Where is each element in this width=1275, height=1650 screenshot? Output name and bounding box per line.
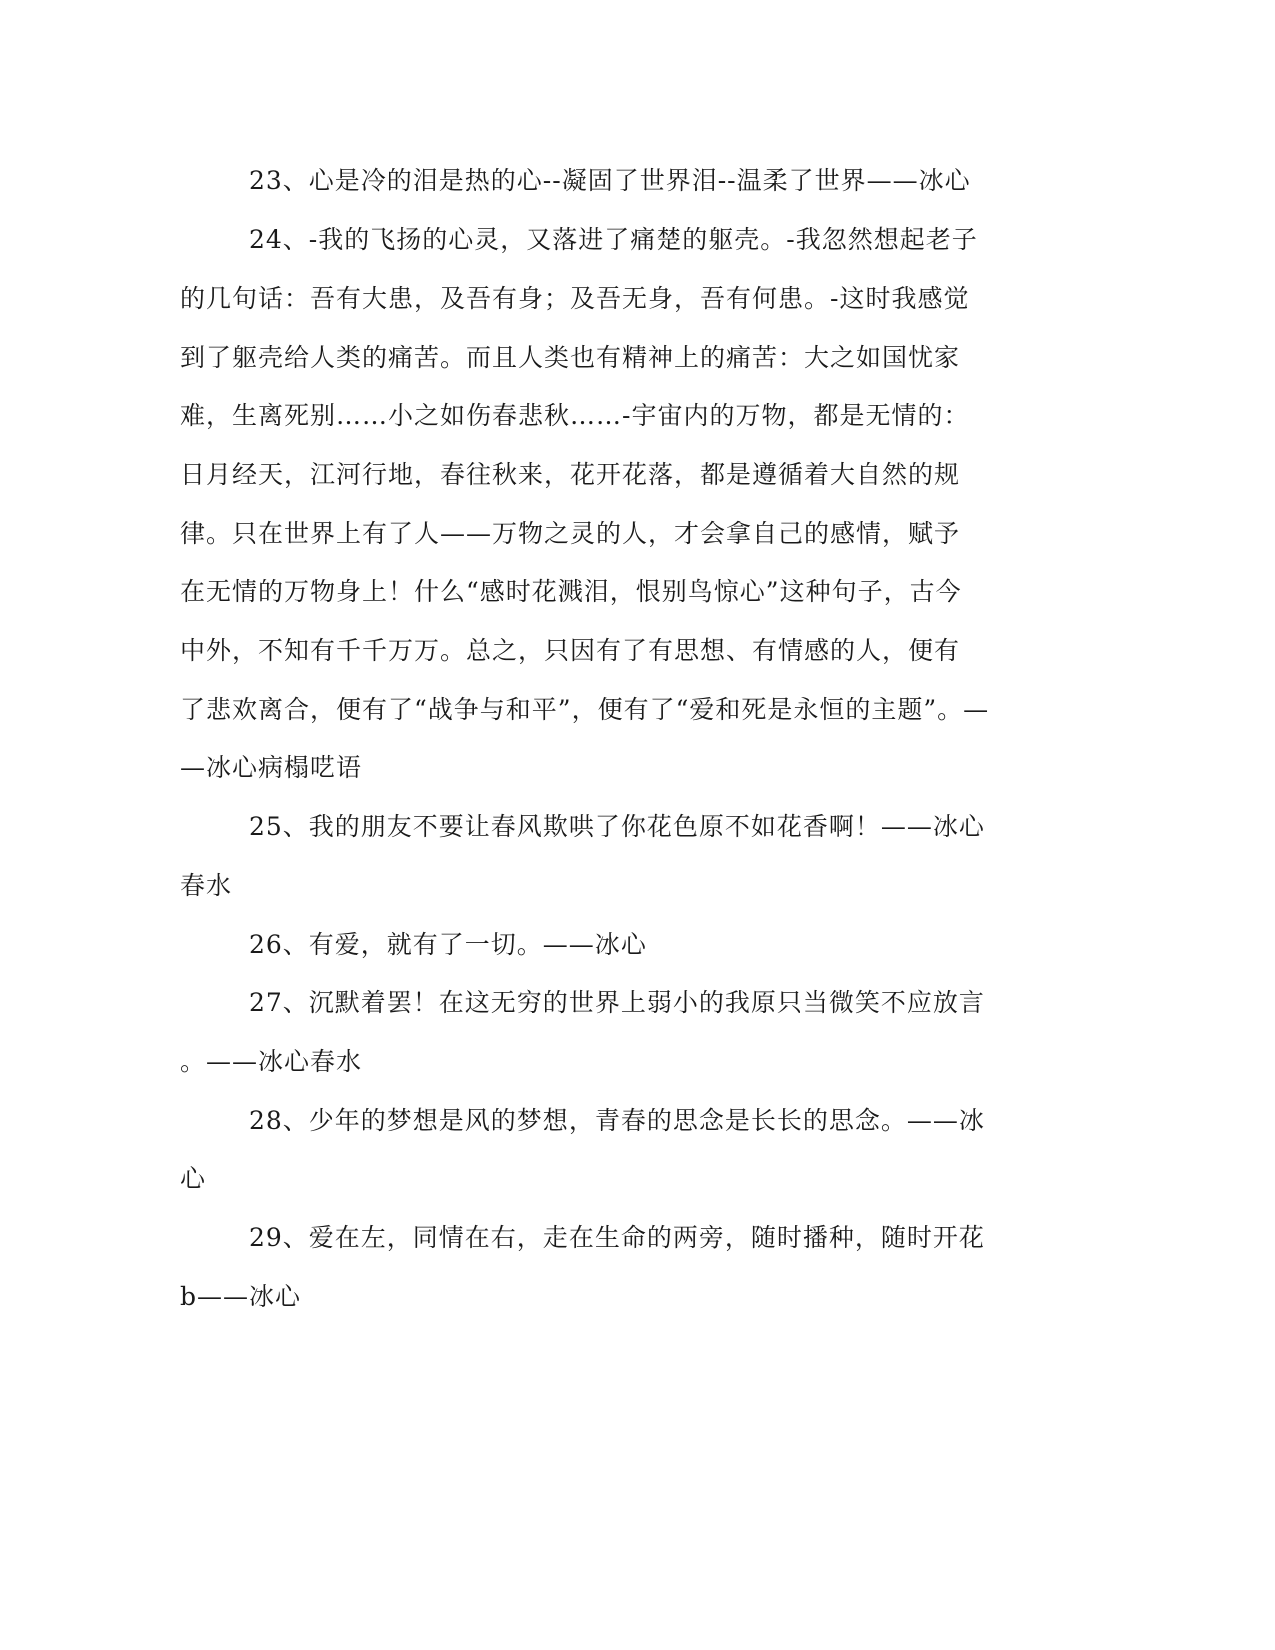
quote-29-line-2: b——冰心	[180, 1277, 1040, 1317]
quote-24-line-9: 了悲欢离合，便有了“战争与和平”，便有了“爱和死是永恒的主题”。—	[180, 690, 1040, 730]
quote-28-line-2: 心	[180, 1159, 1040, 1199]
quote-24-line-1: 24、-我的飞扬的心灵，又落进了痛楚的躯壳。-我忽然想起老子	[249, 220, 1109, 260]
quote-29-line-1: 29、爱在左，同情在右，走在生命的两旁，随时播种，随时开花	[249, 1218, 1109, 1258]
quote-23-line-1: 23、心是冷的泪是热的心--凝固了世界泪--温柔了世界——冰心	[249, 161, 1109, 201]
document-page: 23、心是冷的泪是热的心--凝固了世界泪--温柔了世界——冰心 24、-我的飞扬…	[0, 0, 1275, 1650]
quote-24-line-7: 在无情的万物身上！什么“感时花溅泪，恨别鸟惊心”这种句子，古今	[180, 572, 1040, 612]
quote-24-line-10: —冰心病榻呓语	[180, 748, 1040, 788]
quote-27-line-2: 。——冰心春水	[180, 1042, 1040, 1082]
quote-26-line-1: 26、有爱，就有了一切。——冰心	[249, 925, 1109, 965]
quote-25-line-1: 25、我的朋友不要让春风欺哄了你花色原不如花香啊！——冰心	[249, 807, 1109, 847]
quote-27-line-1: 27、沉默着罢！在这无穷的世界上弱小的我原只当微笑不应放言	[249, 983, 1109, 1023]
quote-24-line-4: 难，生离死别……小之如伤春悲秋……-宇宙内的万物，都是无情的：	[180, 396, 1040, 436]
quote-28-line-1: 28、少年的梦想是风的梦想，青春的思念是长长的思念。——冰	[249, 1101, 1109, 1141]
quote-24-line-6: 律。只在世界上有了人——万物之灵的人，才会拿自己的感情，赋予	[180, 514, 1040, 554]
quote-24-line-2: 的几句话：吾有大患，及吾有身；及吾无身，吾有何患。-这时我感觉	[180, 279, 1040, 319]
quote-24-line-8: 中外，不知有千千万万。总之，只因有了有思想、有情感的人，便有	[180, 631, 1040, 671]
quote-24-line-5: 日月经天，江河行地，春往秋来，花开花落，都是遵循着大自然的规	[180, 455, 1040, 495]
quote-24-line-3: 到了躯壳给人类的痛苦。而且人类也有精神上的痛苦：大之如国忧家	[180, 338, 1040, 378]
quote-25-line-2: 春水	[180, 866, 1040, 906]
